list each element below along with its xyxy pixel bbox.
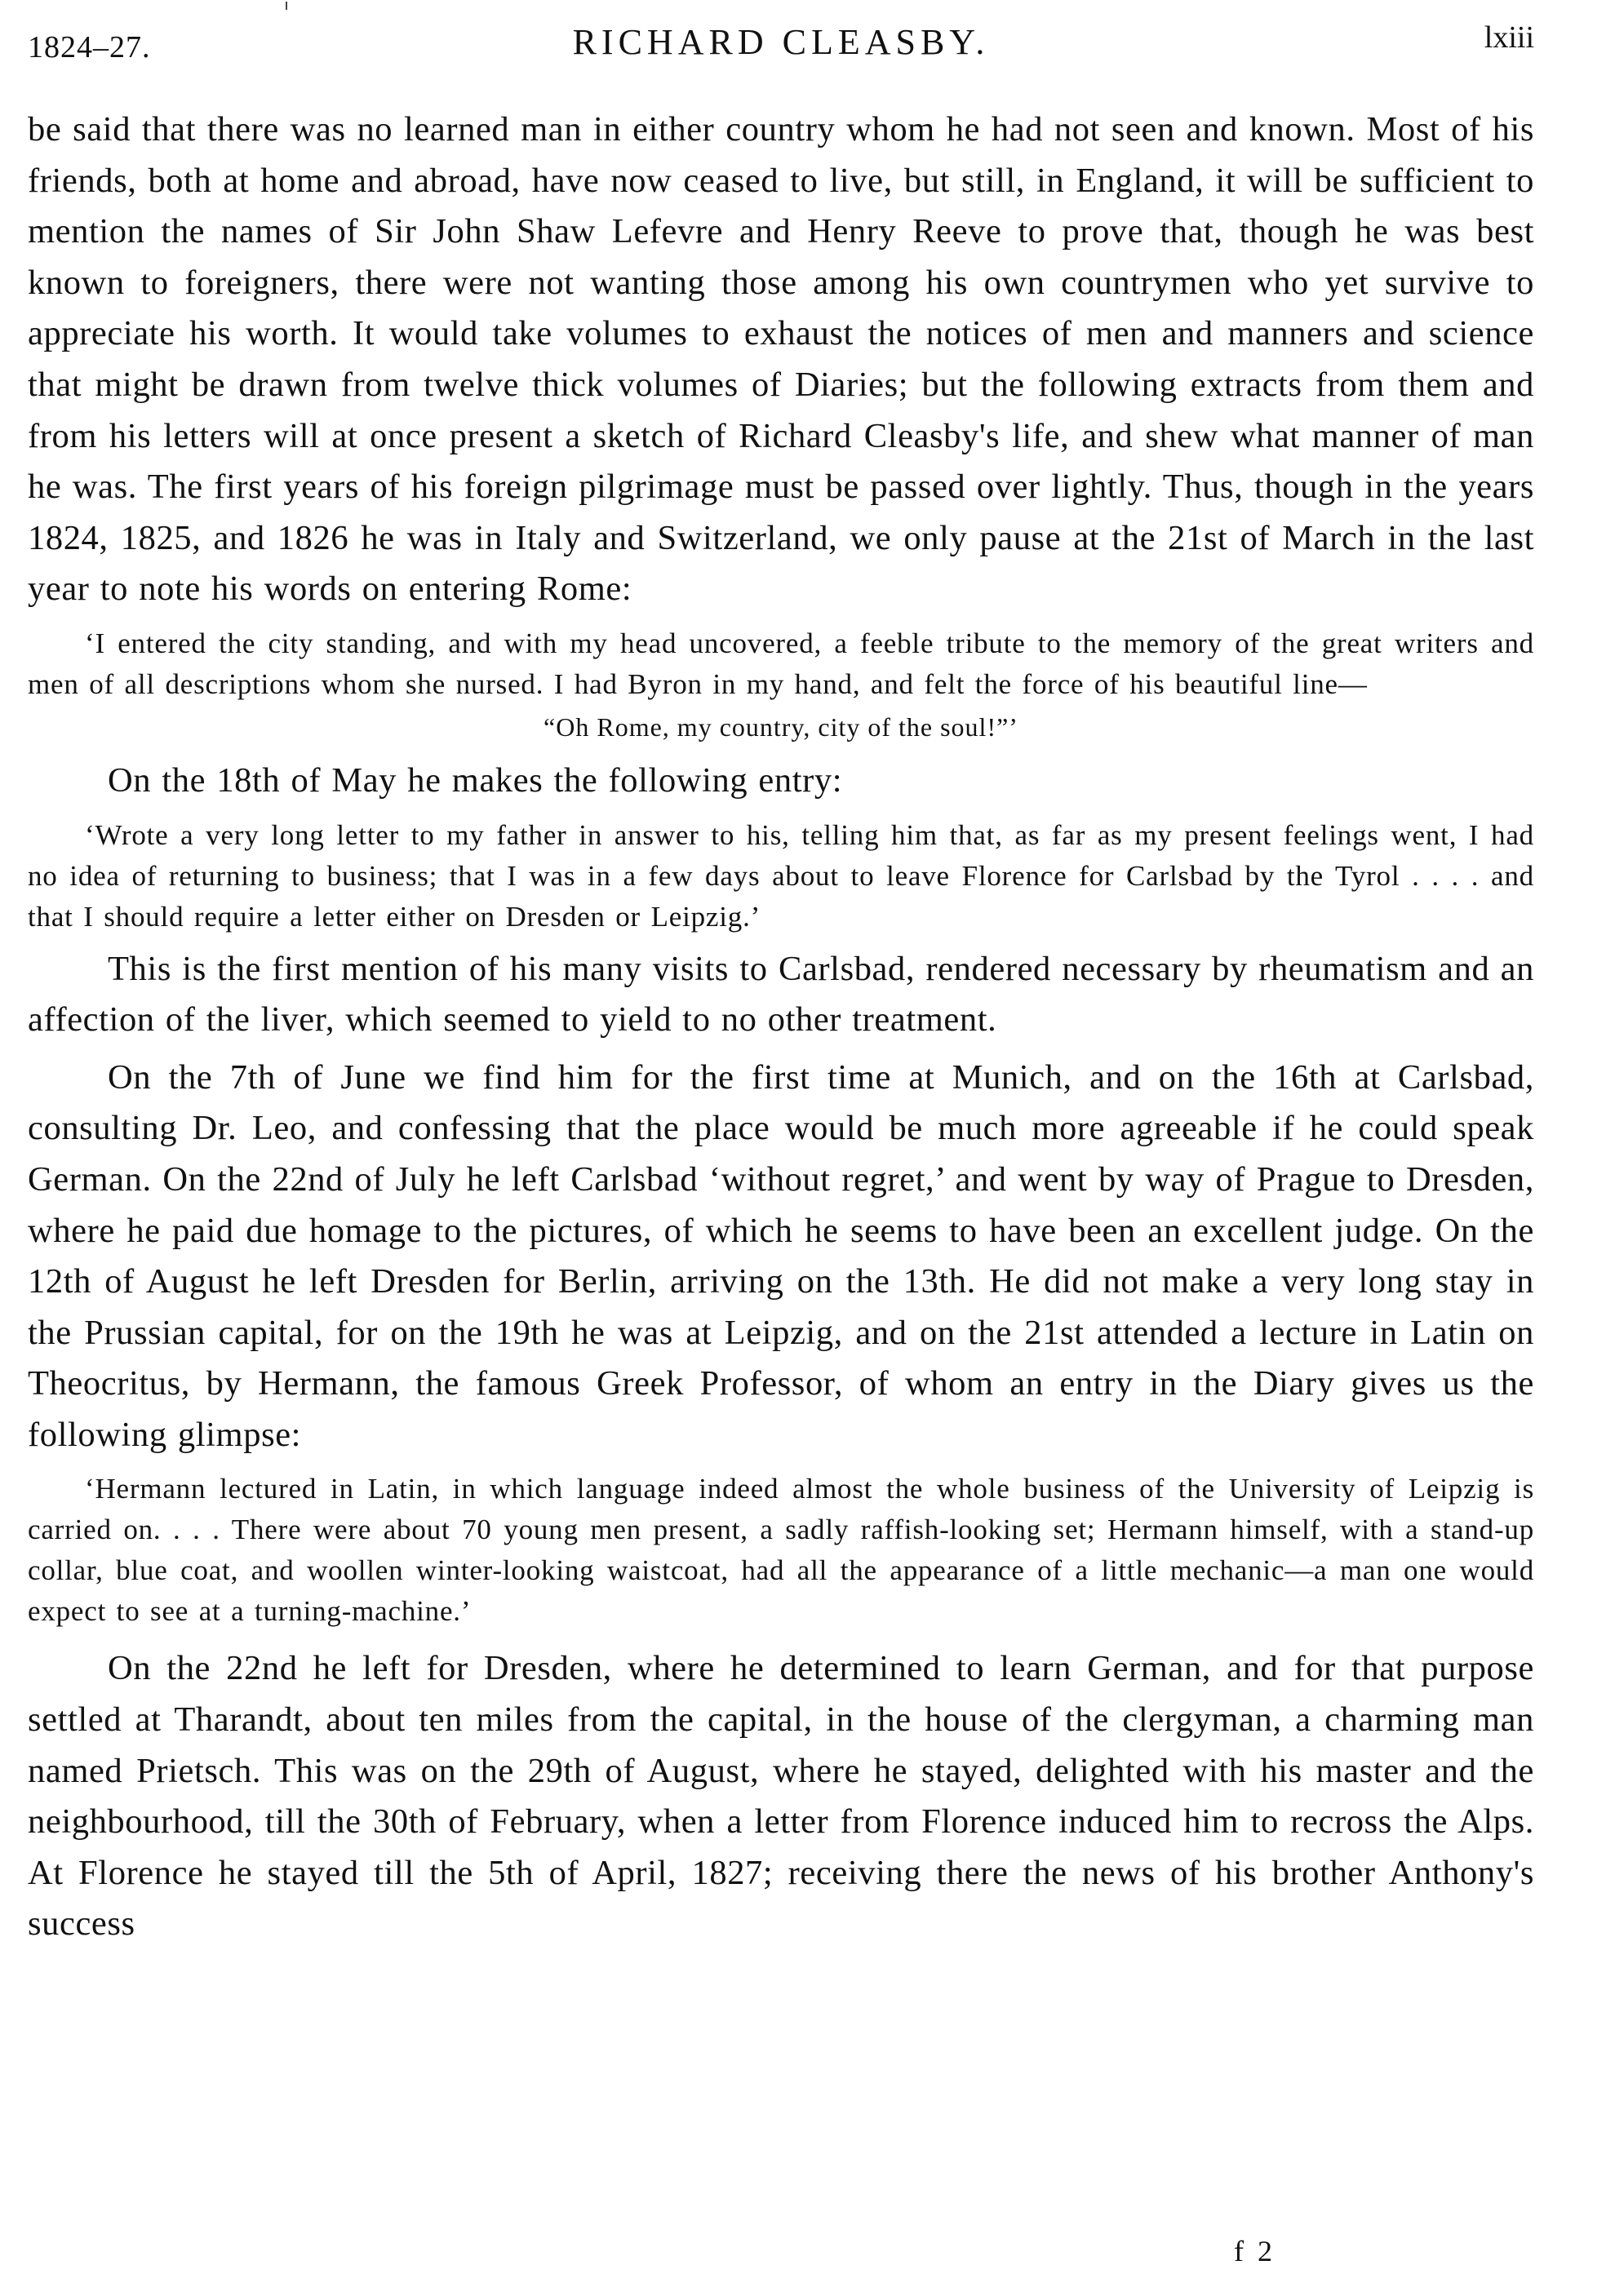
print-speck (286, 2, 287, 10)
paragraph-munich-leipzig: On the 7th of June we find him for the f… (28, 1053, 1534, 1461)
running-head-title: RICHARD CLEASBY. (28, 21, 1534, 63)
paragraph-may-entry: On the 18th of May he makes the followin… (28, 756, 1534, 807)
paragraph-intro: be said that there was no learned man in… (28, 104, 1534, 615)
page-body: be said that there was no learned man in… (28, 104, 1534, 1950)
book-page: 1824–27. RICHARD CLEASBY. lxiii be said … (28, 0, 1534, 2296)
quoted-extract-hermann: ‘Hermann lectured in Latin, in which lan… (28, 1469, 1534, 1632)
paragraph-tharandt: On the 22nd he left for Dresden, where h… (28, 1643, 1534, 1950)
page-number-roman: lxiii (1484, 20, 1534, 55)
spacer (28, 937, 1534, 944)
spacer (28, 1632, 1534, 1643)
quoted-verse-byron: “Oh Rome, my country, city of the soul!”… (28, 705, 1534, 749)
quoted-extract-rome: ‘I entered the city standing, and with m… (28, 623, 1534, 705)
paragraph-carlsbad: This is the first mention of his many vi… (28, 944, 1534, 1046)
running-head: 1824–27. RICHARD CLEASBY. lxiii (28, 15, 1534, 72)
spacer (28, 1046, 1534, 1053)
signature-mark: f 2 (1234, 2234, 1276, 2268)
quoted-extract-letter: ‘Wrote a very long letter to my father i… (28, 815, 1534, 937)
